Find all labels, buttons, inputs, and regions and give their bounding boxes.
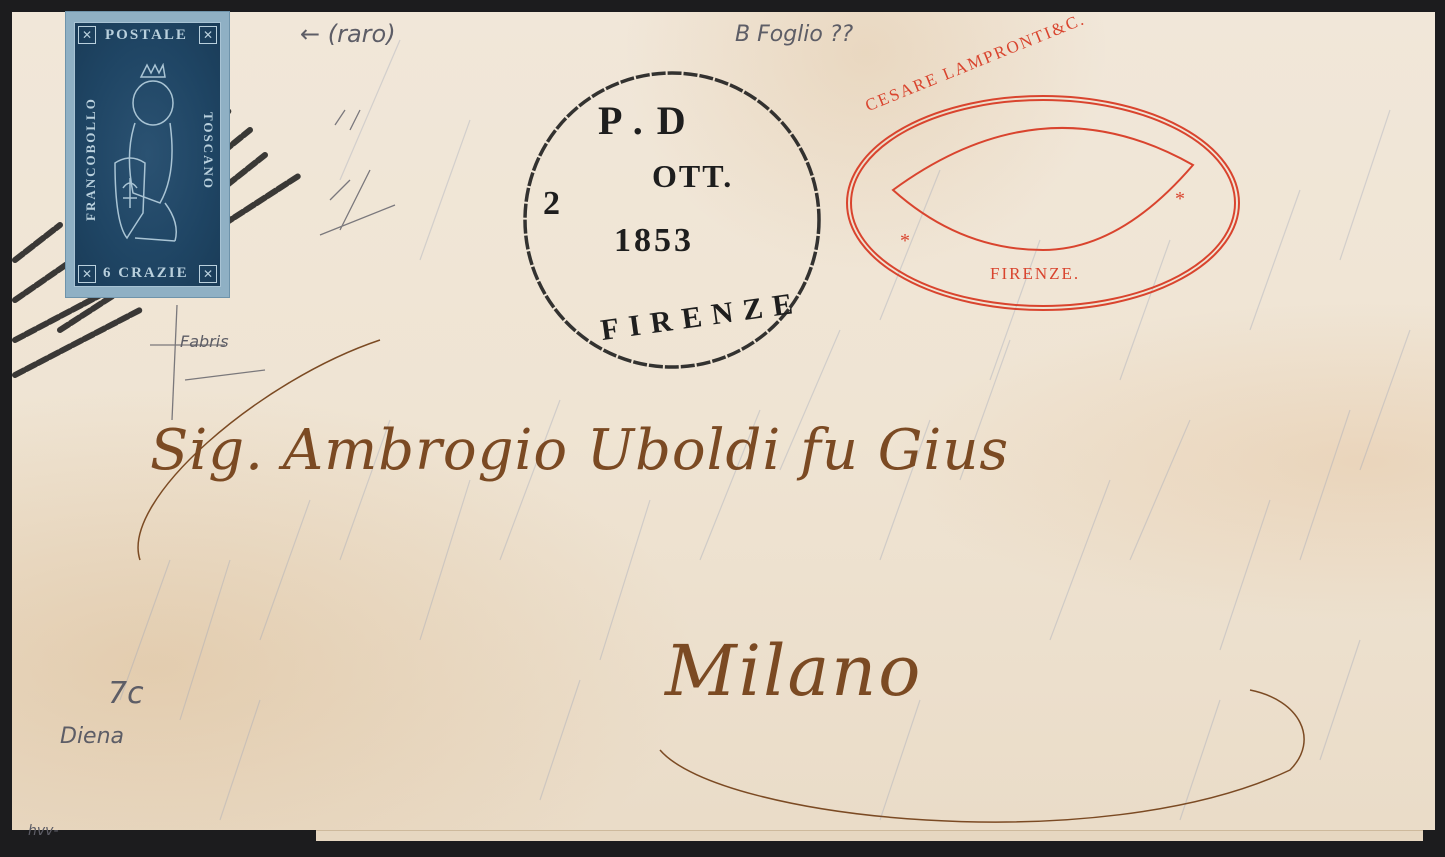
note-foglio: B Foglio ?? xyxy=(735,22,853,47)
lion-icon xyxy=(105,63,195,263)
note-expert: Fabris xyxy=(180,332,229,351)
corner-cross-icon: ✕ xyxy=(199,26,217,44)
corner-cross-icon: ✕ xyxy=(199,265,217,283)
note-catalog: 7c xyxy=(108,676,144,711)
note-raro: ← (raro) xyxy=(300,20,396,48)
stamp-design: POSTALE FRANCOBOLLO TOSCANO 6 CRAZIE ✕ ✕… xyxy=(74,22,221,287)
postmark-day: 2 xyxy=(543,185,560,223)
stamp-top-text: POSTALE xyxy=(105,27,188,44)
postage-stamp: POSTALE FRANCOBOLLO TOSCANO 6 CRAZIE ✕ ✕… xyxy=(66,12,229,297)
address-recipient: Sig. Ambrogio Uboldi fu Gius xyxy=(150,418,1009,483)
note-signature: Diena xyxy=(60,724,124,749)
note-bottom: hvv- xyxy=(28,823,59,839)
stamp-left-text: FRANCOBOLLO xyxy=(83,101,99,221)
cachet-star-icon: * xyxy=(900,230,912,253)
corner-cross-icon: ✕ xyxy=(78,26,96,44)
stamp-right-text: TOSCANO xyxy=(200,91,216,211)
postmark-month: OTT. xyxy=(652,158,733,195)
address-city: Milano xyxy=(665,630,922,712)
cachet-star-icon: * xyxy=(1175,188,1187,211)
stamp-value-text: 6 CRAZIE xyxy=(103,265,189,282)
postmark-pd: P.D xyxy=(598,97,700,144)
cachet-city: FIRENZE. xyxy=(990,264,1080,284)
corner-cross-icon: ✕ xyxy=(78,265,96,283)
postmark-year: 1853 xyxy=(614,222,694,260)
